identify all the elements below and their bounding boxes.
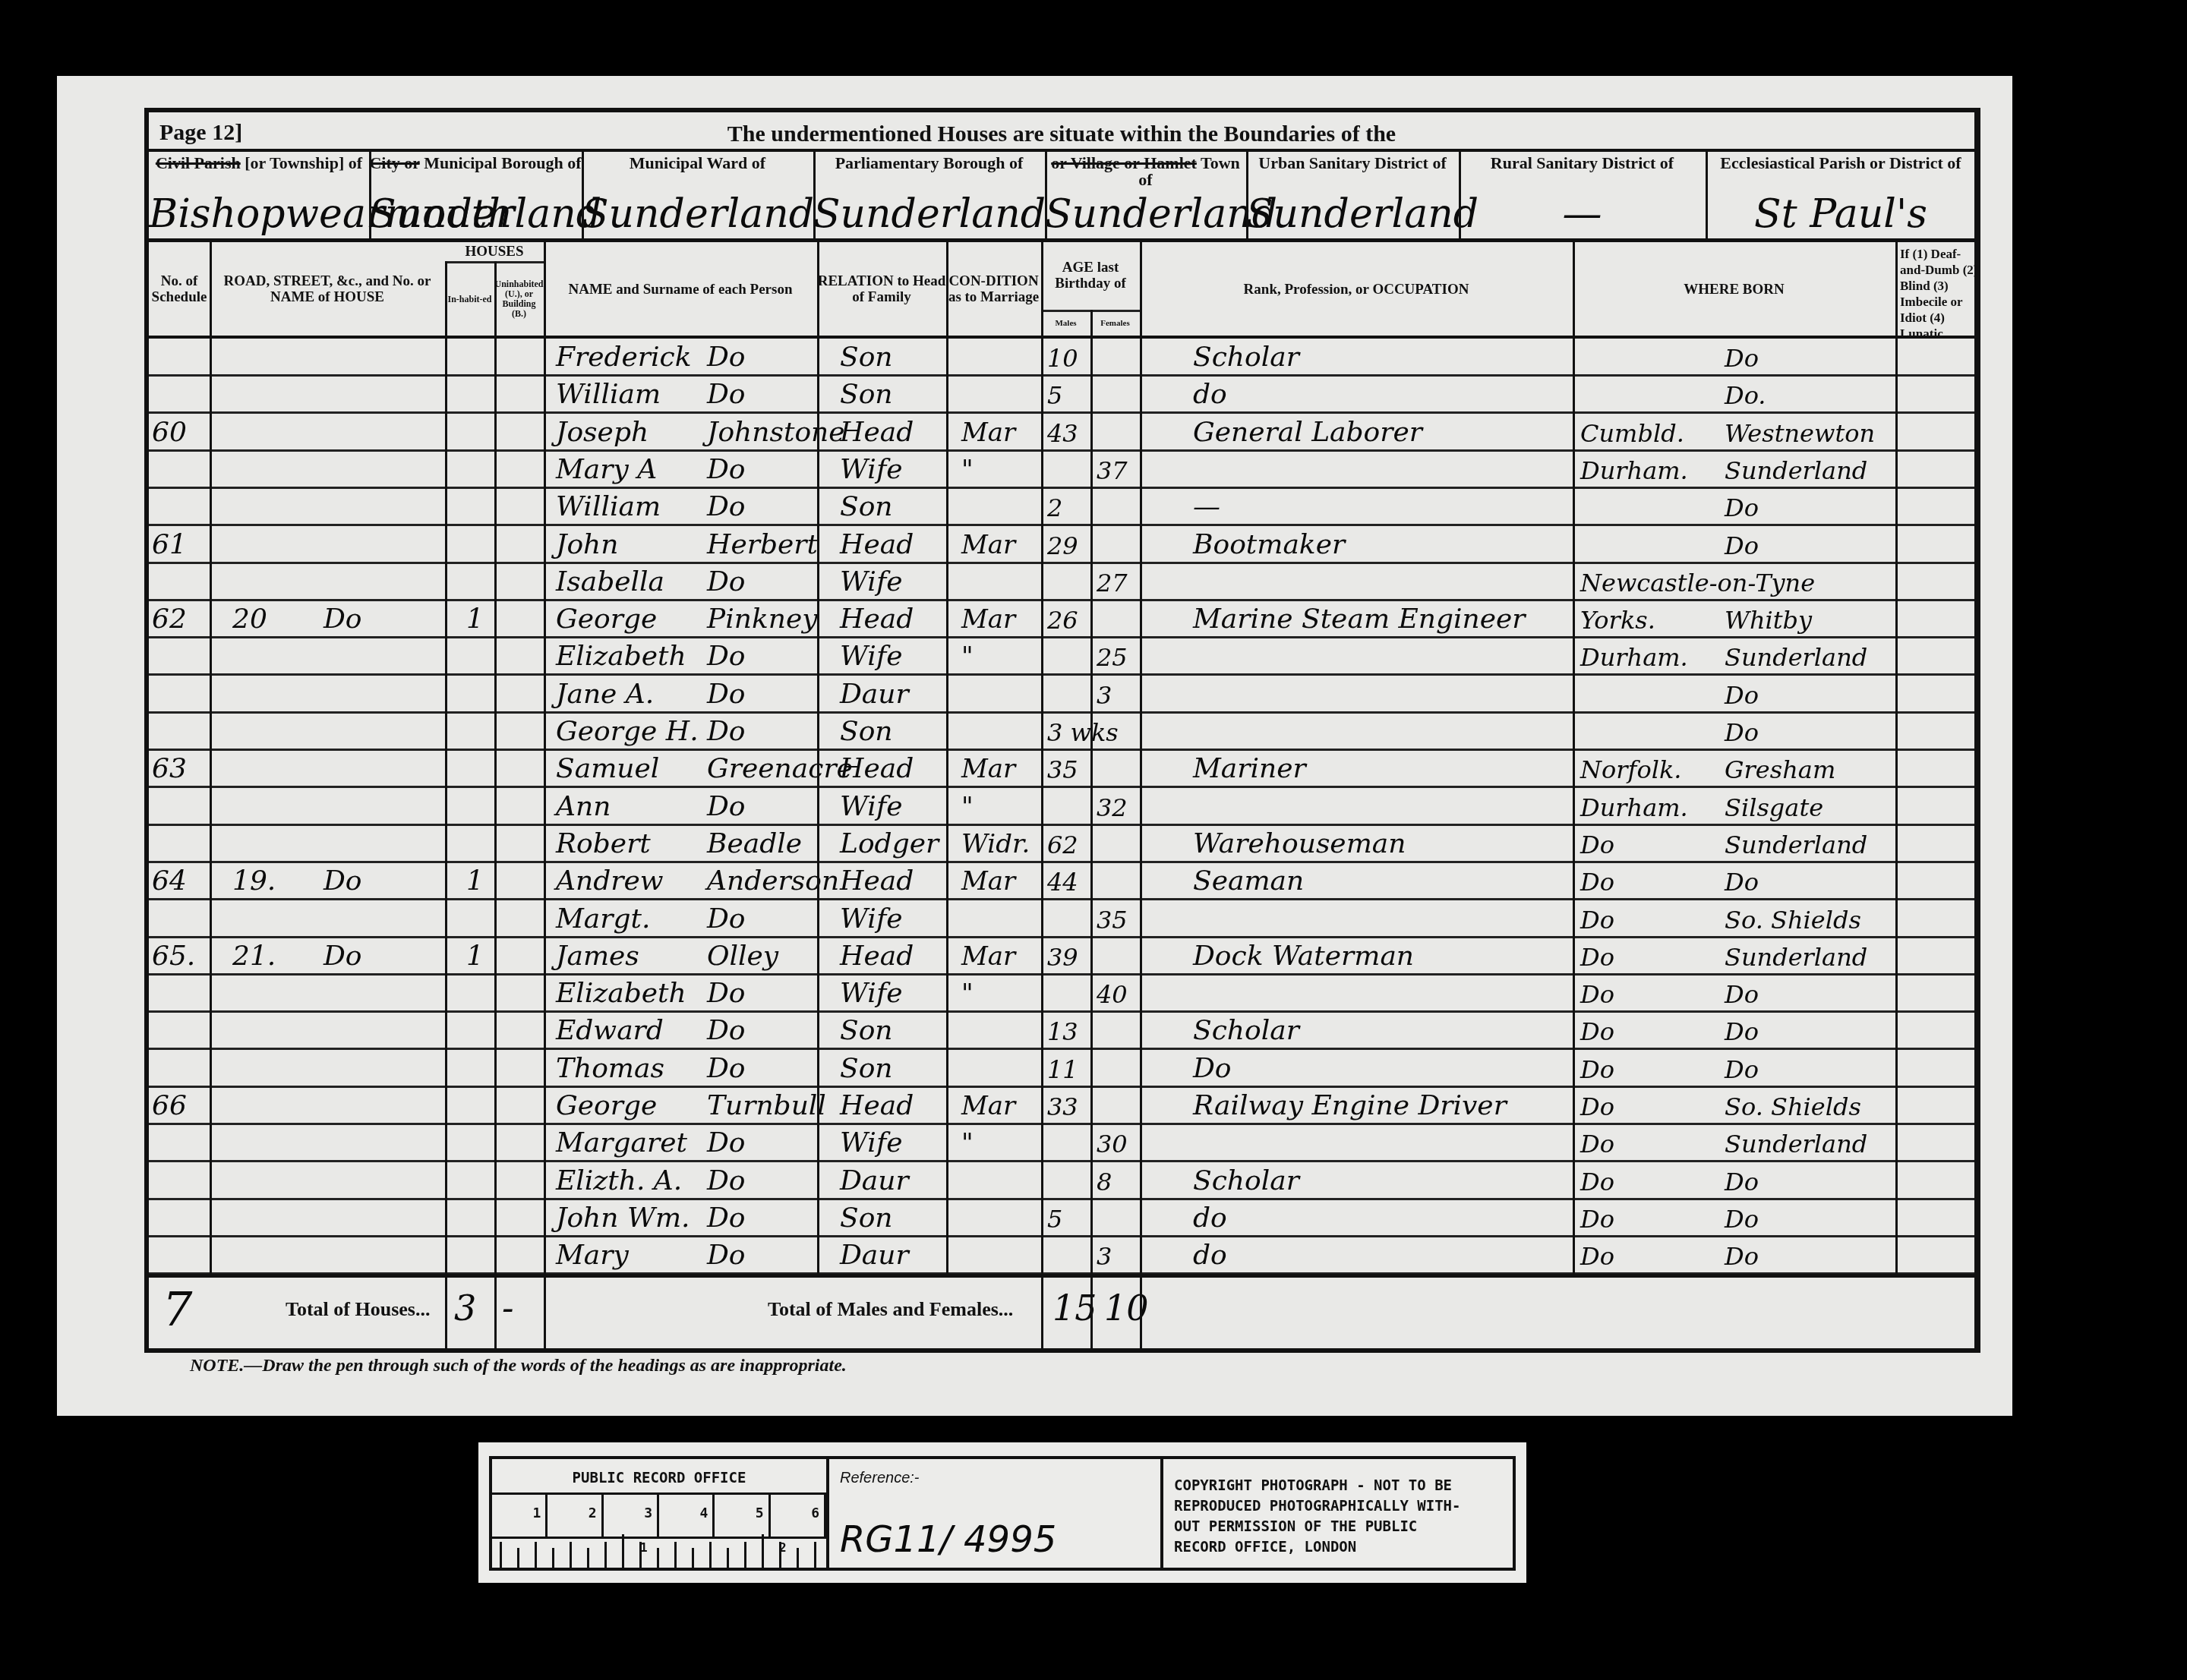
male-age: 11: [1047, 1050, 1078, 1087]
column-divider: [1573, 242, 1575, 1274]
person-surname: Do: [707, 788, 746, 825]
occupation: Seaman: [1193, 862, 1304, 900]
relation: Son: [840, 339, 893, 376]
relation: Wife: [840, 638, 903, 675]
census-row: EdwardDoSon13ScholarDoDo: [149, 1012, 1974, 1049]
birth-county: Durham.: [1580, 451, 1688, 488]
census-row: ThomasDoSon11DoDoDo: [149, 1050, 1974, 1087]
person-surname: Do: [707, 975, 746, 1012]
house-number: 21.: [232, 938, 276, 975]
marital-condition: Mar: [961, 600, 1015, 638]
column-header-inhabited: In-habit-ed: [445, 263, 494, 336]
column-header-occupation: Rank, Profession, or OCCUPATION: [1140, 243, 1573, 336]
person-name: Isabella: [556, 563, 664, 600]
birth-place: So. Shields: [1725, 900, 1861, 938]
copyright-line: OUT PERMISSION OF THE PUBLIC: [1174, 1517, 1461, 1537]
birth-place: Do: [1725, 1162, 1759, 1199]
relation: Son: [840, 1199, 893, 1237]
person-surname: Do: [707, 1162, 746, 1199]
census-row: AnnDoWife"32Durham.Silsgate: [149, 788, 1974, 825]
person-name: George H.: [556, 713, 699, 750]
relation: Daur: [840, 1237, 909, 1274]
birth-county: Do: [1580, 900, 1614, 938]
birth-place: Whitby: [1725, 600, 1812, 638]
divider: [1246, 150, 1248, 238]
birth-place: Sunderland: [1725, 825, 1867, 862]
inch-mark: 2: [779, 1540, 787, 1555]
label-text: Municipal Borough of: [424, 153, 581, 172]
male-age: 26: [1047, 600, 1078, 638]
total-schedules: 7: [163, 1281, 192, 1337]
occupation: Do: [1193, 1050, 1232, 1087]
birth-place: Do: [1725, 676, 1759, 713]
boundary-label: City or Municipal Borough of: [369, 155, 582, 172]
marital-condition: Mar: [961, 750, 1015, 787]
marital-condition: ": [961, 638, 974, 675]
female-age: 35: [1097, 900, 1128, 938]
person-surname: Do: [707, 900, 746, 938]
male-age: 43: [1047, 414, 1078, 451]
person-surname: Greenacre: [707, 750, 853, 787]
boundary-2: Municipal Ward ofSunderland: [582, 150, 813, 238]
birth-place: Sunderland: [1725, 638, 1867, 675]
person-name: Ann: [556, 788, 611, 825]
occupation: Scholar: [1193, 1162, 1299, 1199]
male-age: 62: [1047, 825, 1078, 862]
divider: [1459, 150, 1461, 238]
office-name: PUBLIC RECORD OFFICE: [492, 1470, 826, 1486]
boundary-value: Sunderland: [813, 191, 1045, 237]
census-row: 61JohnHerbertHeadMar29BootmakerDo: [149, 526, 1974, 563]
scale-number: 4: [659, 1495, 715, 1537]
person-surname: Do: [707, 1237, 746, 1274]
ruler-tick: [674, 1542, 677, 1568]
person-name: John Wm.: [556, 1199, 690, 1237]
column-divider: [1140, 242, 1142, 1350]
relation: Son: [840, 1012, 893, 1049]
birth-place: Do: [1725, 339, 1759, 376]
divider: [149, 1274, 1974, 1278]
birth-county: Do: [1580, 1162, 1614, 1199]
person-surname: Do: [707, 563, 746, 600]
male-age: 2: [1047, 488, 1062, 525]
census-row: IsabellaDoWife27Newcastle-on-Tyne: [149, 563, 1974, 600]
census-row: Elizth. A.DoDaur8ScholarDoDo: [149, 1162, 1974, 1199]
female-age: 27: [1097, 563, 1128, 600]
relation: Head: [840, 1087, 914, 1124]
birth-county: Norfolk.: [1580, 750, 1681, 787]
occupation: Scholar: [1193, 339, 1299, 376]
boundary-value: Sunderland: [1246, 191, 1459, 237]
boundary-label: or Village or Hamlet Town of: [1045, 155, 1246, 188]
person-name: John: [556, 526, 618, 563]
census-row: MargaretDoWife"30DoSunderland: [149, 1124, 1974, 1162]
occupation: Bootmaker: [1193, 526, 1345, 563]
total-persons-label: Total of Males and Females...: [768, 1298, 1013, 1321]
occupation: Warehouseman: [1193, 825, 1406, 862]
person-name: George: [556, 600, 657, 638]
label-text: Ecclesiastical Parish or District of: [1720, 153, 1961, 172]
divider: [813, 150, 816, 238]
birth-county: Do: [1580, 975, 1614, 1012]
birth-place: Do: [1725, 1012, 1759, 1049]
relation: Daur: [840, 1162, 909, 1199]
birth-place: Do: [1725, 1199, 1759, 1237]
census-row: ElizabethDoWife"25Durham.Sunderland: [149, 638, 1974, 675]
relation: Son: [840, 713, 893, 750]
person-surname: Do: [707, 676, 746, 713]
birth-place: Do: [1725, 1050, 1759, 1087]
struck-label: Civil Parish: [156, 153, 241, 172]
scale-number: 3: [604, 1495, 659, 1537]
census-row: MaryDoDaur3doDoDo: [149, 1237, 1974, 1274]
column-header-name: NAME and Surname of each Person: [544, 243, 817, 336]
schedule-number: 65.: [152, 938, 195, 975]
birth-county: Durham.: [1580, 638, 1688, 675]
relation: Head: [840, 414, 914, 451]
person-name: Joseph: [556, 414, 649, 451]
occupation: Mariner: [1193, 750, 1306, 787]
divider: [1706, 150, 1708, 238]
female-age: 40: [1097, 975, 1128, 1012]
person-name: Margt.: [556, 900, 651, 938]
birth-county: Do: [1580, 1050, 1614, 1087]
occupation: Scholar: [1193, 1012, 1299, 1049]
ruler-tick: [604, 1542, 607, 1568]
boundary-1: City or Municipal Borough ofSunderland: [369, 150, 582, 238]
column-header-infirmity: If (1) Deaf-and-Dumb (2) Blind (3) Imbec…: [1895, 243, 1980, 339]
person-surname: Do: [707, 1199, 746, 1237]
inch-mark: 1: [640, 1540, 648, 1555]
relation: Wife: [840, 1124, 903, 1162]
person-surname: Pinkney: [707, 600, 818, 638]
census-row: 63SamuelGreenacreHeadMar35MarinerNorfolk…: [149, 750, 1974, 787]
census-row: 6220Do1GeorgePinkneyHeadMar26Marine Stea…: [149, 600, 1974, 638]
male-age: 5: [1047, 376, 1062, 413]
label-text: Parliamentary Borough of: [835, 153, 1024, 172]
struck-label: or Village or Hamlet: [1051, 153, 1197, 172]
birth-place: Do: [1725, 975, 1759, 1012]
person-name: Mary: [556, 1237, 629, 1274]
birth-place: Westnewton: [1725, 414, 1875, 451]
column-header-males: Males: [1041, 311, 1090, 336]
occupation: Dock Waterman: [1193, 938, 1414, 975]
census-row: WilliamDoSon5doDo.: [149, 376, 1974, 413]
census-row: 60JosephJohnstoneHeadMar43General Labore…: [149, 414, 1974, 451]
ruler-tick: [744, 1542, 746, 1568]
boundary-label: Parliamentary Borough of: [813, 155, 1045, 172]
person-name: Andrew: [556, 862, 664, 900]
reference-panel: Reference:- RG11/ 4995: [829, 1459, 1163, 1568]
birth-county: Newcastle-on-Tyne: [1580, 563, 1815, 600]
divider: [582, 150, 584, 238]
person-name: Robert: [556, 825, 651, 862]
label-text: Rural Sanitary District of: [1491, 153, 1674, 172]
person-name: Elizth. A.: [556, 1162, 682, 1199]
relation: Wife: [840, 563, 903, 600]
boundary-value: St Paul's: [1706, 191, 1976, 237]
column-header-females: Females: [1090, 311, 1140, 336]
birth-county: Do: [1580, 1012, 1614, 1049]
birth-county: Cumbld.: [1580, 414, 1684, 451]
birth-place: Sunderland: [1725, 451, 1867, 488]
person-name: Elizabeth: [556, 638, 686, 675]
female-age: 3: [1097, 676, 1112, 713]
relation: Son: [840, 1050, 893, 1087]
boundary-3: Parliamentary Borough ofSunderland: [813, 150, 1045, 238]
person-name: James: [556, 938, 639, 975]
column-divider: [494, 261, 497, 1350]
occupation: —: [1193, 488, 1220, 525]
male-age: 39: [1047, 938, 1078, 975]
total-inhabited: 3: [454, 1288, 476, 1329]
relation: Wife: [840, 975, 903, 1012]
person-surname: Do: [707, 376, 746, 413]
birth-place: Do: [1725, 526, 1759, 563]
census-row: 65.21.Do1JamesOlleyHeadMar39Dock Waterma…: [149, 938, 1974, 975]
birth-county: Do: [1580, 1087, 1614, 1124]
copyright-line: RECORD OFFICE, LONDON: [1174, 1537, 1461, 1558]
ruler-tick: [797, 1548, 799, 1568]
census-row: FrederickDoSon10ScholarDo: [149, 339, 1974, 376]
schedule-number: 66: [152, 1087, 187, 1124]
marital-condition: ": [961, 788, 974, 825]
scale-number: 5: [715, 1495, 770, 1537]
person-name: William: [556, 488, 661, 525]
census-form: Page 12] The undermentioned Houses are s…: [144, 108, 1980, 1353]
boundary-value: Sunderland: [1045, 191, 1246, 237]
boundary-5: Urban Sanitary District ofSunderland: [1246, 150, 1459, 238]
person-surname: Do: [707, 488, 746, 525]
label-text: [or Township] of: [245, 153, 362, 172]
birth-place: Do.: [1725, 376, 1766, 413]
house-number: 20: [232, 600, 267, 638]
marital-condition: Mar: [961, 414, 1015, 451]
person-surname: Do: [707, 339, 746, 376]
relation: Head: [840, 938, 914, 975]
female-age: 25: [1097, 638, 1128, 675]
column-header-uninhabited: Uninhabited (U.), or Building (B.): [494, 263, 544, 336]
ruler-tick: [535, 1542, 537, 1568]
ruler-tick: [709, 1542, 712, 1568]
marital-condition: Mar: [961, 1087, 1015, 1124]
ruler-tick: [657, 1548, 659, 1568]
boundary-4: or Village or Hamlet Town ofSunderland: [1045, 150, 1246, 238]
census-row: ElizabethDoWife"40DoDo: [149, 975, 1974, 1012]
person-name: Margaret: [556, 1124, 687, 1162]
boundary-value: Sunderland: [369, 191, 582, 237]
boundary-label: Rural Sanitary District of: [1459, 155, 1706, 172]
male-age: 33: [1047, 1087, 1078, 1124]
birth-county: Do: [1580, 1237, 1614, 1274]
total-houses-label: Total of Houses...: [286, 1298, 430, 1321]
person-name: William: [556, 376, 661, 413]
relation: Daur: [840, 676, 909, 713]
column-header-schedule: No. of Schedule: [149, 243, 210, 336]
person-surname: Do: [707, 451, 746, 488]
street-name: Do: [323, 862, 362, 900]
person-surname: Beadle: [707, 825, 802, 862]
relation: Wife: [840, 900, 903, 938]
person-name: Jane A.: [556, 676, 654, 713]
marital-condition: Mar: [961, 938, 1015, 975]
scale-number: 2: [548, 1495, 603, 1537]
male-age: 3 wks: [1047, 713, 1119, 750]
boundary-value: —: [1459, 191, 1706, 237]
divider: [369, 150, 371, 238]
ruler-tick: [814, 1542, 816, 1568]
marital-condition: Mar: [961, 526, 1015, 563]
street-name: Do: [323, 938, 362, 975]
copyright-line: REPRODUCED PHOTOGRAPHICALLY WITH-: [1174, 1496, 1461, 1517]
column-divider: [210, 242, 212, 1274]
marital-condition: Mar: [961, 862, 1015, 900]
column-header-where_born: WHERE BORN: [1573, 243, 1895, 336]
ruler-tick: [500, 1542, 502, 1568]
person-surname: Johnstone: [707, 414, 845, 451]
person-surname: Do: [707, 1124, 746, 1162]
census-row: 6419.Do1AndrewAndersonHeadMar44SeamanDoD…: [149, 862, 1974, 900]
person-name: Frederick: [556, 339, 692, 376]
relation: Head: [840, 862, 914, 900]
relation: Wife: [840, 451, 903, 488]
label-text: Municipal Ward of: [630, 153, 765, 172]
birth-place: Silsgate: [1725, 788, 1823, 825]
person-surname: Herbert: [707, 526, 818, 563]
person-surname: Do: [707, 638, 746, 675]
person-surname: Turnbull: [707, 1087, 826, 1124]
birth-place: Do: [1725, 488, 1759, 525]
census-row: John Wm.DoSon5doDoDo: [149, 1199, 1974, 1237]
copyright-notice: COPYRIGHT PHOTOGRAPH - NOT TO BEREPRODUC…: [1174, 1476, 1461, 1558]
marital-condition: Widr.: [961, 825, 1030, 862]
relation: Lodger: [840, 825, 939, 862]
person-name: Mary A: [556, 451, 657, 488]
column-divider: [544, 242, 546, 1350]
person-surname: Do: [707, 1050, 746, 1087]
occupation: Marine Steam Engineer: [1193, 600, 1525, 638]
boundary-label: Civil Parish [or Township] of: [149, 155, 369, 172]
male-age: 35: [1047, 750, 1078, 787]
column-header-condition: CON-DITION as to Marriage: [946, 243, 1041, 336]
birth-county: Do: [1580, 825, 1614, 862]
schedule-number: 61: [152, 526, 187, 563]
female-age: 8: [1097, 1162, 1112, 1199]
column-divider: [946, 242, 948, 1274]
male-age: 10: [1047, 339, 1078, 376]
marital-condition: ": [961, 1124, 974, 1162]
person-name: Thomas: [556, 1050, 664, 1087]
label-text: Urban Sanitary District of: [1258, 153, 1446, 172]
boundary-value: Bishopwearmouth: [149, 191, 369, 237]
boundary-label: Ecclesiastical Parish or District of: [1706, 155, 1976, 172]
column-divider: [1895, 242, 1898, 1274]
census-row: Margt.DoWife35DoSo. Shields: [149, 900, 1974, 938]
inhabited-count: 1: [466, 938, 484, 975]
census-row: George H.DoSon3 wksDo: [149, 713, 1974, 750]
schedule-number: 63: [152, 750, 187, 787]
person-name: Elizabeth: [556, 975, 686, 1012]
relation: Son: [840, 376, 893, 413]
male-age: 13: [1047, 1012, 1078, 1049]
birth-place: So. Shields: [1725, 1087, 1861, 1124]
column-header-relation: RELATION to Head of Family: [817, 243, 946, 336]
person-surname: Do: [707, 713, 746, 750]
birth-county: Do: [1580, 1199, 1614, 1237]
ruler-tick: [622, 1534, 624, 1568]
record-office-label: PUBLIC RECORD OFFICE 123456 12 Reference…: [478, 1442, 1526, 1583]
column-header-houses: HOUSES: [445, 243, 544, 260]
divider: [149, 238, 1974, 242]
divider: [1045, 150, 1047, 238]
birth-place: Do: [1725, 713, 1759, 750]
relation: Head: [840, 750, 914, 787]
ruler-panel: PUBLIC RECORD OFFICE 123456 12: [492, 1459, 829, 1568]
relation: Wife: [840, 788, 903, 825]
birth-county: Durham.: [1580, 788, 1688, 825]
relation: Son: [840, 488, 893, 525]
birth-place: Sunderland: [1725, 1124, 1867, 1162]
column-divider: [817, 242, 819, 1274]
ruler-tick: [692, 1548, 694, 1568]
boundaries-banner: The undermentioned Houses are situate wi…: [149, 121, 1974, 147]
person-name: Samuel: [556, 750, 659, 787]
ruler-tick: [727, 1548, 729, 1568]
column-divider: [1090, 310, 1093, 1350]
instruction-note: NOTE.—Draw the pen through such of the w…: [190, 1356, 847, 1376]
ruler-tick: [587, 1548, 589, 1568]
person-surname: Do: [707, 1012, 746, 1049]
birth-county: Yorks.: [1580, 600, 1655, 638]
boundary-0: Civil Parish [or Township] ofBishopwearm…: [149, 150, 369, 238]
reference-value: RG11/ 4995: [840, 1518, 1056, 1561]
person-name: Edward: [556, 1012, 664, 1049]
schedule-number: 62: [152, 600, 187, 638]
ruler-tick: [552, 1548, 554, 1568]
column-header-age: AGE last Birthday of: [1041, 243, 1140, 308]
relation: Head: [840, 600, 914, 638]
column-header-road: ROAD, STREET, &c., and No. or NAME of HO…: [210, 243, 445, 336]
marital-condition: ": [961, 975, 974, 1012]
boundary-6: Rural Sanitary District of—: [1459, 150, 1706, 238]
ruler-tick: [517, 1548, 519, 1568]
female-age: 30: [1097, 1124, 1128, 1162]
birth-county: Do: [1580, 1124, 1614, 1162]
relation: Head: [840, 526, 914, 563]
census-row: RobertBeadleLodgerWidr.62WarehousemanDoS…: [149, 825, 1974, 862]
house-number: 19.: [232, 862, 276, 900]
person-name: George: [556, 1087, 657, 1124]
column-divider: [1041, 242, 1043, 1350]
ruler-tick: [570, 1542, 572, 1568]
boundary-label: Municipal Ward of: [582, 155, 813, 172]
street-name: Do: [323, 600, 362, 638]
marital-condition: ": [961, 451, 974, 488]
birth-county: Do: [1580, 862, 1614, 900]
census-row: WilliamDoSon2—Do: [149, 488, 1974, 525]
column-divider: [445, 261, 447, 1350]
occupation: do: [1193, 1237, 1227, 1274]
struck-label: City or: [369, 153, 419, 172]
birth-place: Do: [1725, 862, 1759, 900]
female-age: 37: [1097, 451, 1128, 488]
occupation: do: [1193, 1199, 1227, 1237]
male-age: 5: [1047, 1199, 1062, 1237]
occupation: do: [1193, 376, 1227, 413]
person-surname: Olley: [707, 938, 778, 975]
male-age: 44: [1047, 862, 1078, 900]
scale-number: 6: [771, 1495, 826, 1537]
